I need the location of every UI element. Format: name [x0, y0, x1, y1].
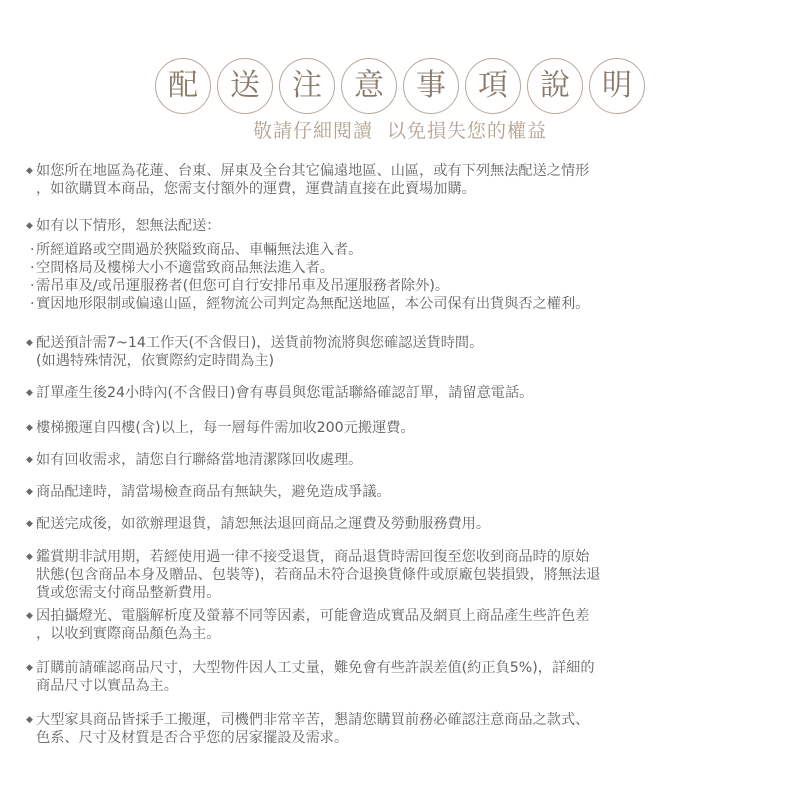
title-char-circle: 項 — [465, 58, 521, 114]
note-item: ◆訂單產生後24小時內(不含假日)會有專員與您電話聯絡確認訂單，請留意電話。 — [26, 384, 786, 402]
note-text: 如您所在地區為花蓮、台東、屏東及全台其它偏遠地區、山區，或有下列無法配送之情形 — [36, 163, 589, 179]
note-text: 因拍攝燈光、電腦解析度及螢幕不同等因素，可能會造成實品及網頁上商品產生些許色差 — [36, 608, 589, 624]
note-line-continued: ，如欲購買本商品，您需支付額外的運費，運費請直接在此賣場加購。 — [26, 180, 786, 198]
diamond-bullet-icon: ◆ — [26, 711, 36, 729]
note-text: 如有回收需求，請您自行聯絡當地清潔隊回收處理。 — [36, 452, 362, 468]
sub-item-text: 實因地形限制或偏遠山區，經物流公司判定為無配送地區，本公司保有出貨與否之權利。 — [36, 296, 589, 312]
title-char-circle: 意 — [341, 58, 397, 114]
note-item: ◆大型家具商品皆採手工搬運，司機們非常辛苦，懇請您購買前務必確認注意商品之款式、… — [26, 711, 786, 747]
diamond-bullet-icon: ◆ — [26, 548, 36, 566]
title-char-circle: 注 — [279, 58, 335, 114]
note-text: 訂單產生後24小時內(不含假日)會有專員與您電話聯絡確認訂單，請留意電話。 — [36, 385, 533, 401]
sub-item: ·空間格局及樓梯大小不適當致商品無法進入者。 — [26, 259, 786, 277]
title-char-circle: 送 — [217, 58, 273, 114]
note-item: ◆樓梯搬運自四樓(含)以上，每一層每件需加收200元搬運費。 — [26, 419, 786, 437]
subtitle-part1: 敬請仔細閱讀 — [253, 120, 373, 142]
note-item: ◆配送預計需7~14工作天(不含假日)，送貨前物流將與您確認送貨時間。(如遇特殊… — [26, 334, 786, 370]
title-char-circle: 配 — [155, 58, 211, 114]
note-text: 訂購前請確認商品尺寸，大型物件因人工丈量，難免會有些許誤差值(約正負5%)，詳細… — [36, 660, 595, 676]
sub-item: ·實因地形限制或偏遠山區，經物流公司判定為無配送地區，本公司保有出貨與否之權利。 — [26, 295, 786, 313]
note-line: ◆如您所在地區為花蓮、台東、屏東及全台其它偏遠地區、山區，或有下列無法配送之情形 — [26, 162, 786, 180]
note-line-continued: 商品尺寸以實品為主。 — [26, 677, 786, 695]
note-item: ◆鑑賞期非試用期，若經使用過一律不接受退貨，商品退貨時需回復至您收到商品時的原始… — [26, 548, 786, 602]
diamond-bullet-icon: ◆ — [26, 384, 36, 402]
note-item: ◆如您所在地區為花蓮、台東、屏東及全台其它偏遠地區、山區，或有下列無法配送之情形… — [26, 162, 786, 198]
note-line-continued: 色系、尺寸及材質是否合乎您的居家擺設及需求。 — [26, 729, 786, 747]
note-text: 鑑賞期非試用期，若經使用過一律不接受退貨，商品退貨時需回復至您收到商品時的原始 — [36, 549, 589, 565]
note-line: ◆如有回收需求，請您自行聯絡當地清潔隊回收處理。 — [26, 451, 786, 469]
sub-item-text: 空間格局及樓梯大小不適當致商品無法進入者。 — [36, 260, 334, 276]
note-line: ◆商品配達時，請當場檢查商品有無缺失，避免造成爭議。 — [26, 483, 786, 501]
note-text: 樓梯搬運自四樓(含)以上，每一層每件需加收200元搬運費。 — [36, 420, 415, 436]
note-line-continued: 狀態(包含商品本身及贈品、包裝等)，若商品未符合退換貨條件或原廠包裝損毀，將無法… — [26, 566, 786, 584]
subtitle: 敬請仔細閱讀以免損失您的權益 — [0, 116, 800, 143]
subtitle-part2: 以免損失您的權益 — [387, 120, 547, 142]
note-text: 大型家具商品皆採手工搬運，司機們非常辛苦，懇請您購買前務必確認注意商品之款式、 — [36, 712, 589, 728]
note-line: ◆因拍攝燈光、電腦解析度及螢幕不同等因素，可能會造成實品及網頁上商品產生些許色差 — [26, 607, 786, 625]
title-banner: 配 送 注 意 事 項 說 明 — [0, 58, 800, 114]
note-line: ◆配送完成後，如欲辦理退貨，請恕無法退回商品之運費及勞動服務費用。 — [26, 515, 786, 533]
title-char-circle: 說 — [527, 58, 583, 114]
sub-items: ·所經道路或空間過於狹隘致商品、車輛無法進入者。·空間格局及樓梯大小不適當致商品… — [26, 241, 786, 313]
sub-item-text: 所經道路或空間過於狹隘致商品、車輛無法進入者。 — [36, 242, 362, 258]
diamond-bullet-icon: ◆ — [26, 607, 36, 625]
diamond-bullet-icon: ◆ — [26, 334, 36, 352]
note-text: 商品配達時，請當場檢查商品有無缺失，避免造成爭議。 — [36, 484, 391, 500]
diamond-bullet-icon: ◆ — [26, 451, 36, 469]
note-line-continued: 貨或您需支付商品整新費用。 — [26, 584, 786, 602]
sub-item-text: 需吊車及/或吊運服務者(但您可自行安排吊車及吊運服務者除外)。 — [36, 278, 449, 294]
note-line: ◆鑑賞期非試用期，若經使用過一律不接受退貨，商品退貨時需回復至您收到商品時的原始 — [26, 548, 786, 566]
sub-item: ·需吊車及/或吊運服務者(但您可自行安排吊車及吊運服務者除外)。 — [26, 277, 786, 295]
diamond-bullet-icon: ◆ — [26, 419, 36, 437]
title-char-circle: 明 — [589, 58, 645, 114]
note-line: ◆訂購前請確認商品尺寸，大型物件因人工丈量，難免會有些許誤差值(約正負5%)，詳… — [26, 659, 786, 677]
diamond-bullet-icon: ◆ — [26, 483, 36, 501]
diamond-bullet-icon: ◆ — [26, 659, 36, 677]
note-item: ◆訂購前請確認商品尺寸，大型物件因人工丈量，難免會有些許誤差值(約正負5%)，詳… — [26, 659, 786, 695]
diamond-bullet-icon: ◆ — [26, 162, 36, 180]
note-item: ◆如有以下情形，恕無法配送：·所經道路或空間過於狹隘致商品、車輛無法進入者。·空… — [26, 217, 786, 313]
note-line-continued: ，以收到實際商品顏色為主。 — [26, 625, 786, 643]
note-item: ◆因拍攝燈光、電腦解析度及螢幕不同等因素，可能會造成實品及網頁上商品產生些許色差… — [26, 607, 786, 643]
note-item: ◆商品配達時，請當場檢查商品有無缺失，避免造成爭議。 — [26, 483, 786, 501]
note-text: 如有以下情形，恕無法配送： — [36, 218, 220, 234]
diamond-bullet-icon: ◆ — [26, 217, 36, 235]
note-item: ◆如有回收需求，請您自行聯絡當地清潔隊回收處理。 — [26, 451, 786, 469]
diamond-bullet-icon: ◆ — [26, 515, 36, 533]
note-line-continued: (如遇特殊情況，依實際約定時間為主) — [26, 352, 786, 370]
note-line: ◆樓梯搬運自四樓(含)以上，每一層每件需加收200元搬運費。 — [26, 419, 786, 437]
note-text: 配送完成後，如欲辦理退貨，請恕無法退回商品之運費及勞動服務費用。 — [36, 516, 490, 532]
note-text: 配送預計需7~14工作天(不含假日)，送貨前物流將與您確認送貨時間。 — [36, 335, 483, 351]
note-line: ◆訂單產生後24小時內(不含假日)會有專員與您電話聯絡確認訂單，請留意電話。 — [26, 384, 786, 402]
note-item: ◆配送完成後，如欲辦理退貨，請恕無法退回商品之運費及勞動服務費用。 — [26, 515, 786, 533]
title-char-circle: 事 — [403, 58, 459, 114]
note-line: ◆如有以下情形，恕無法配送： — [26, 217, 786, 235]
note-line: ◆配送預計需7~14工作天(不含假日)，送貨前物流將與您確認送貨時間。 — [26, 334, 786, 352]
note-line: ◆大型家具商品皆採手工搬運，司機們非常辛苦，懇請您購買前務必確認注意商品之款式、 — [26, 711, 786, 729]
sub-item: ·所經道路或空間過於狹隘致商品、車輛無法進入者。 — [26, 241, 786, 259]
